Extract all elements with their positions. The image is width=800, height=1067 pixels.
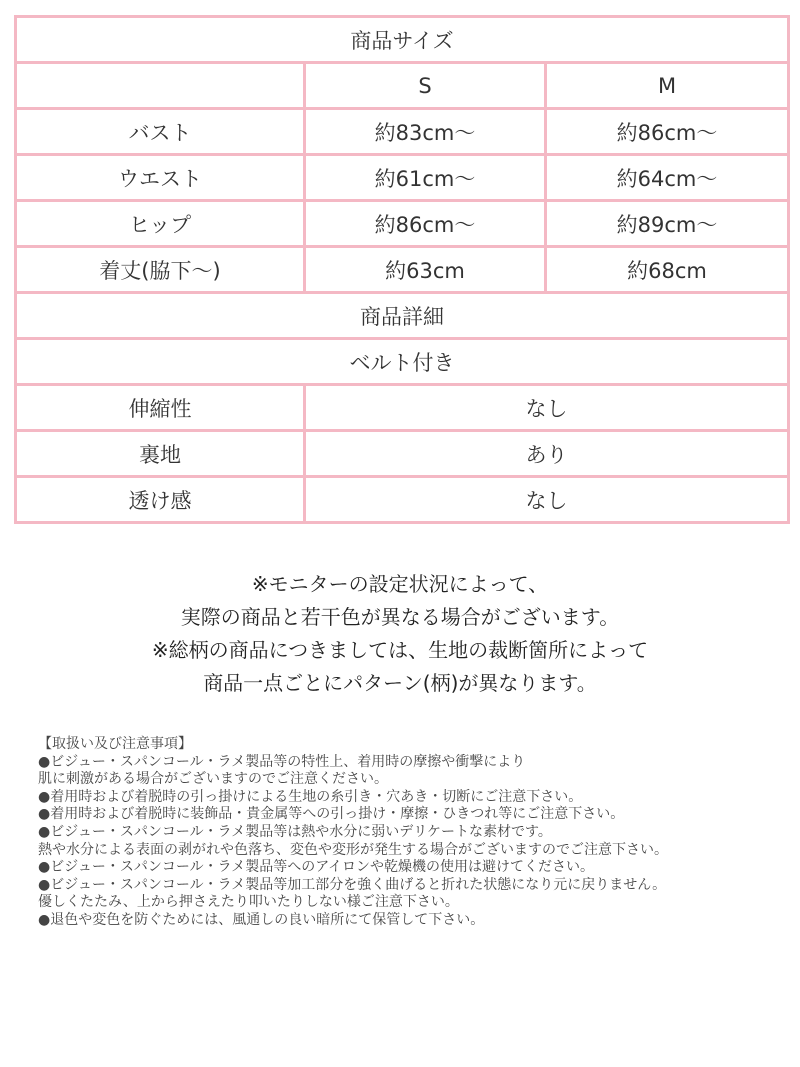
care-line: 肌に刺激がある場合がございますのでご注意ください。 xyxy=(38,771,788,789)
size-m-value: 約68cm xyxy=(546,247,789,293)
care-line: ●着用時および着脱時に装飾品・貴金属等への引っ掛け・摩擦・ひきつれ等にご注意下さ… xyxy=(38,806,788,824)
note-line: ※モニターの設定状況によって、 xyxy=(0,568,800,601)
table-row: 着丈(脇下～) 約63cm 約68cm xyxy=(16,247,789,293)
note-line: 実際の商品と若干色が異なる場合がございます。 xyxy=(0,601,800,634)
size-s-value: 約83cm～ xyxy=(305,109,546,155)
table-row: 伸縮性 なし xyxy=(16,385,789,431)
table-row: 裏地 あり xyxy=(16,431,789,477)
header-size-s: S xyxy=(305,63,546,109)
row-label: ヒップ xyxy=(16,201,305,247)
note-line: ※総柄の商品につきましては、生地の裁断箇所によって xyxy=(0,634,800,667)
color-notes: ※モニターの設定状況によって、 実際の商品と若干色が異なる場合がございます。 ※… xyxy=(0,568,800,700)
detail-title-row: 商品詳細 xyxy=(16,293,789,339)
care-line: ●ビジュー・スパンコール・ラメ製品等は熱や水分に弱いデリケートな素材です。 xyxy=(38,824,788,842)
detail-feature: ベルト付き xyxy=(16,339,789,385)
size-s-value: 約61cm～ xyxy=(305,155,546,201)
size-m-value: 約64cm～ xyxy=(546,155,789,201)
detail-feature-row: ベルト付き xyxy=(16,339,789,385)
detail-label: 裏地 xyxy=(16,431,305,477)
row-label: 着丈(脇下～) xyxy=(16,247,305,293)
product-spec-table: 商品サイズ S M バスト 約83cm～ 約86cm～ ウエスト 約61cm～ … xyxy=(14,15,790,524)
note-line: 商品一点ごとにパターン(柄)が異なります。 xyxy=(0,667,800,700)
table-row: ヒップ 約86cm～ 約89cm～ xyxy=(16,201,789,247)
care-line: 優しくたたみ、上から押さえたり叩いたりしない様ご注意下さい。 xyxy=(38,894,788,912)
row-label: ウエスト xyxy=(16,155,305,201)
size-table-title: 商品サイズ xyxy=(16,17,789,63)
table-row: バスト 約83cm～ 約86cm～ xyxy=(16,109,789,155)
size-m-value: 約89cm～ xyxy=(546,201,789,247)
table-row: ウエスト 約61cm～ 約64cm～ xyxy=(16,155,789,201)
care-line: ●ビジュー・スパンコール・ラメ製品等加工部分を強く曲げると折れた状態になり元に戻… xyxy=(38,877,788,895)
care-line: ●ビジュー・スパンコール・ラメ製品等へのアイロンや乾燥機の使用は避けてください。 xyxy=(38,859,788,877)
care-line: ●着用時および着脱時の引っ掛けによる生地の糸引き・穴あき・切断にご注意下さい。 xyxy=(38,789,788,807)
size-m-value: 約86cm～ xyxy=(546,109,789,155)
row-label: バスト xyxy=(16,109,305,155)
size-title-row: 商品サイズ xyxy=(16,17,789,63)
care-heading: 【取扱い及び注意事項】 xyxy=(38,736,788,754)
detail-table-title: 商品詳細 xyxy=(16,293,789,339)
header-empty xyxy=(16,63,305,109)
detail-value: なし xyxy=(305,385,789,431)
table-row: 透け感 なし xyxy=(16,477,789,523)
care-line: ●ビジュー・スパンコール・ラメ製品等の特性上、着用時の摩擦や衝撃により xyxy=(38,754,788,772)
detail-value: なし xyxy=(305,477,789,523)
care-line: 熱や水分による表面の剥がれや色落ち、変色や変形が発生する場合がございますのでご注… xyxy=(38,842,788,860)
detail-label: 伸縮性 xyxy=(16,385,305,431)
size-s-value: 約86cm～ xyxy=(305,201,546,247)
detail-value: あり xyxy=(305,431,789,477)
care-instructions: 【取扱い及び注意事項】 ●ビジュー・スパンコール・ラメ製品等の特性上、着用時の摩… xyxy=(38,736,788,930)
size-header-row: S M xyxy=(16,63,789,109)
header-size-m: M xyxy=(546,63,789,109)
care-line: ●退色や変色を防ぐためには、風通しの良い暗所にて保管して下さい。 xyxy=(38,912,788,930)
detail-label: 透け感 xyxy=(16,477,305,523)
size-s-value: 約63cm xyxy=(305,247,546,293)
